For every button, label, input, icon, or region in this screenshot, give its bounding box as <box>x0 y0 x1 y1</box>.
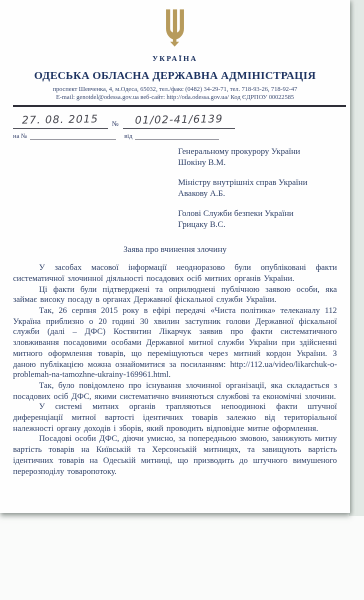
reference-block: 27. 08. 2015 № 01/02-41/6139 на № від <box>13 111 337 140</box>
address-line-1: проспект Шевченка, 4, м.Одеса, 65032, те… <box>0 86 350 94</box>
body-paragraph: У системі митних органів трапляються неп… <box>13 402 337 434</box>
incoming-reference-row: на № від <box>13 133 337 140</box>
recipient-position: Міністру внутрішніх справ України <box>178 177 340 188</box>
recipient-position: Генеральному прокурору України <box>178 146 340 157</box>
number-sign: № <box>112 120 119 128</box>
body-paragraph: Так, було повідомлено про існування злоч… <box>13 381 337 402</box>
address-lines: проспект Шевченка, 4, м.Одеса, 65032, те… <box>0 86 350 101</box>
country-label: УКРАЇНА <box>0 54 350 63</box>
body-paragraph: Так, 26 серпня 2015 року в ефірі передач… <box>13 306 337 381</box>
body-paragraph: У засобах масової інформації неодноразов… <box>13 263 337 284</box>
number-field: 01/02-41/6139 <box>123 110 235 129</box>
address-line-2: E-mail: genotdel@odessa.gov.ua веб-сайт:… <box>0 94 350 102</box>
scanner-background <box>349 0 364 516</box>
ukraine-trident-icon <box>160 8 190 53</box>
document-title: Заява про вчинення злочину <box>0 244 350 254</box>
reply-date-blank <box>135 133 219 140</box>
letterhead-divider <box>13 105 346 107</box>
recipient-entry: Міністру внутрішніх справ України Аваков… <box>178 177 340 198</box>
document-body: У засобах масової інформації неодноразов… <box>0 263 350 477</box>
recipient-name: Авакову А.Б. <box>178 188 340 199</box>
recipient-entry: Генеральному прокурору України Шокіну В.… <box>178 146 340 167</box>
recipient-name: Грицаку В.С. <box>178 219 340 230</box>
reply-number-blank <box>30 133 116 140</box>
letterhead: УКРАЇНА ОДЕСЬКА ОБЛАСНА ДЕРЖАВНА АДМІНІС… <box>0 0 350 101</box>
recipient-entry: Голові Служби безпеки України Грицаку В.… <box>178 208 340 229</box>
recipients-list: Генеральному прокурору України Шокіну В.… <box>178 146 340 229</box>
handwritten-number: 01/02-41/6139 <box>135 113 223 127</box>
body-paragraph: Посадові особи ДФС, діючи умисно, за поп… <box>13 434 337 477</box>
body-paragraph: Ці факти були підтверджені та оприлюднен… <box>13 285 337 306</box>
recipient-name: Шокіну В.М. <box>178 157 340 168</box>
reply-from-label: від <box>124 133 132 140</box>
scanned-letter-page: УКРАЇНА ОДЕСЬКА ОБЛАСНА ДЕРЖАВНА АДМІНІС… <box>0 0 350 513</box>
handwritten-date: 27. 08. 2015 <box>22 114 99 127</box>
date-field: 27. 08. 2015 <box>13 110 108 129</box>
organization-name: ОДЕСЬКА ОБЛАСНА ДЕРЖАВНА АДМІНІСТРАЦІЯ <box>0 70 350 82</box>
outgoing-reference-row: 27. 08. 2015 № 01/02-41/6139 <box>13 111 337 129</box>
reply-to-label: на № <box>13 133 27 140</box>
recipient-position: Голові Служби безпеки України <box>178 208 340 219</box>
